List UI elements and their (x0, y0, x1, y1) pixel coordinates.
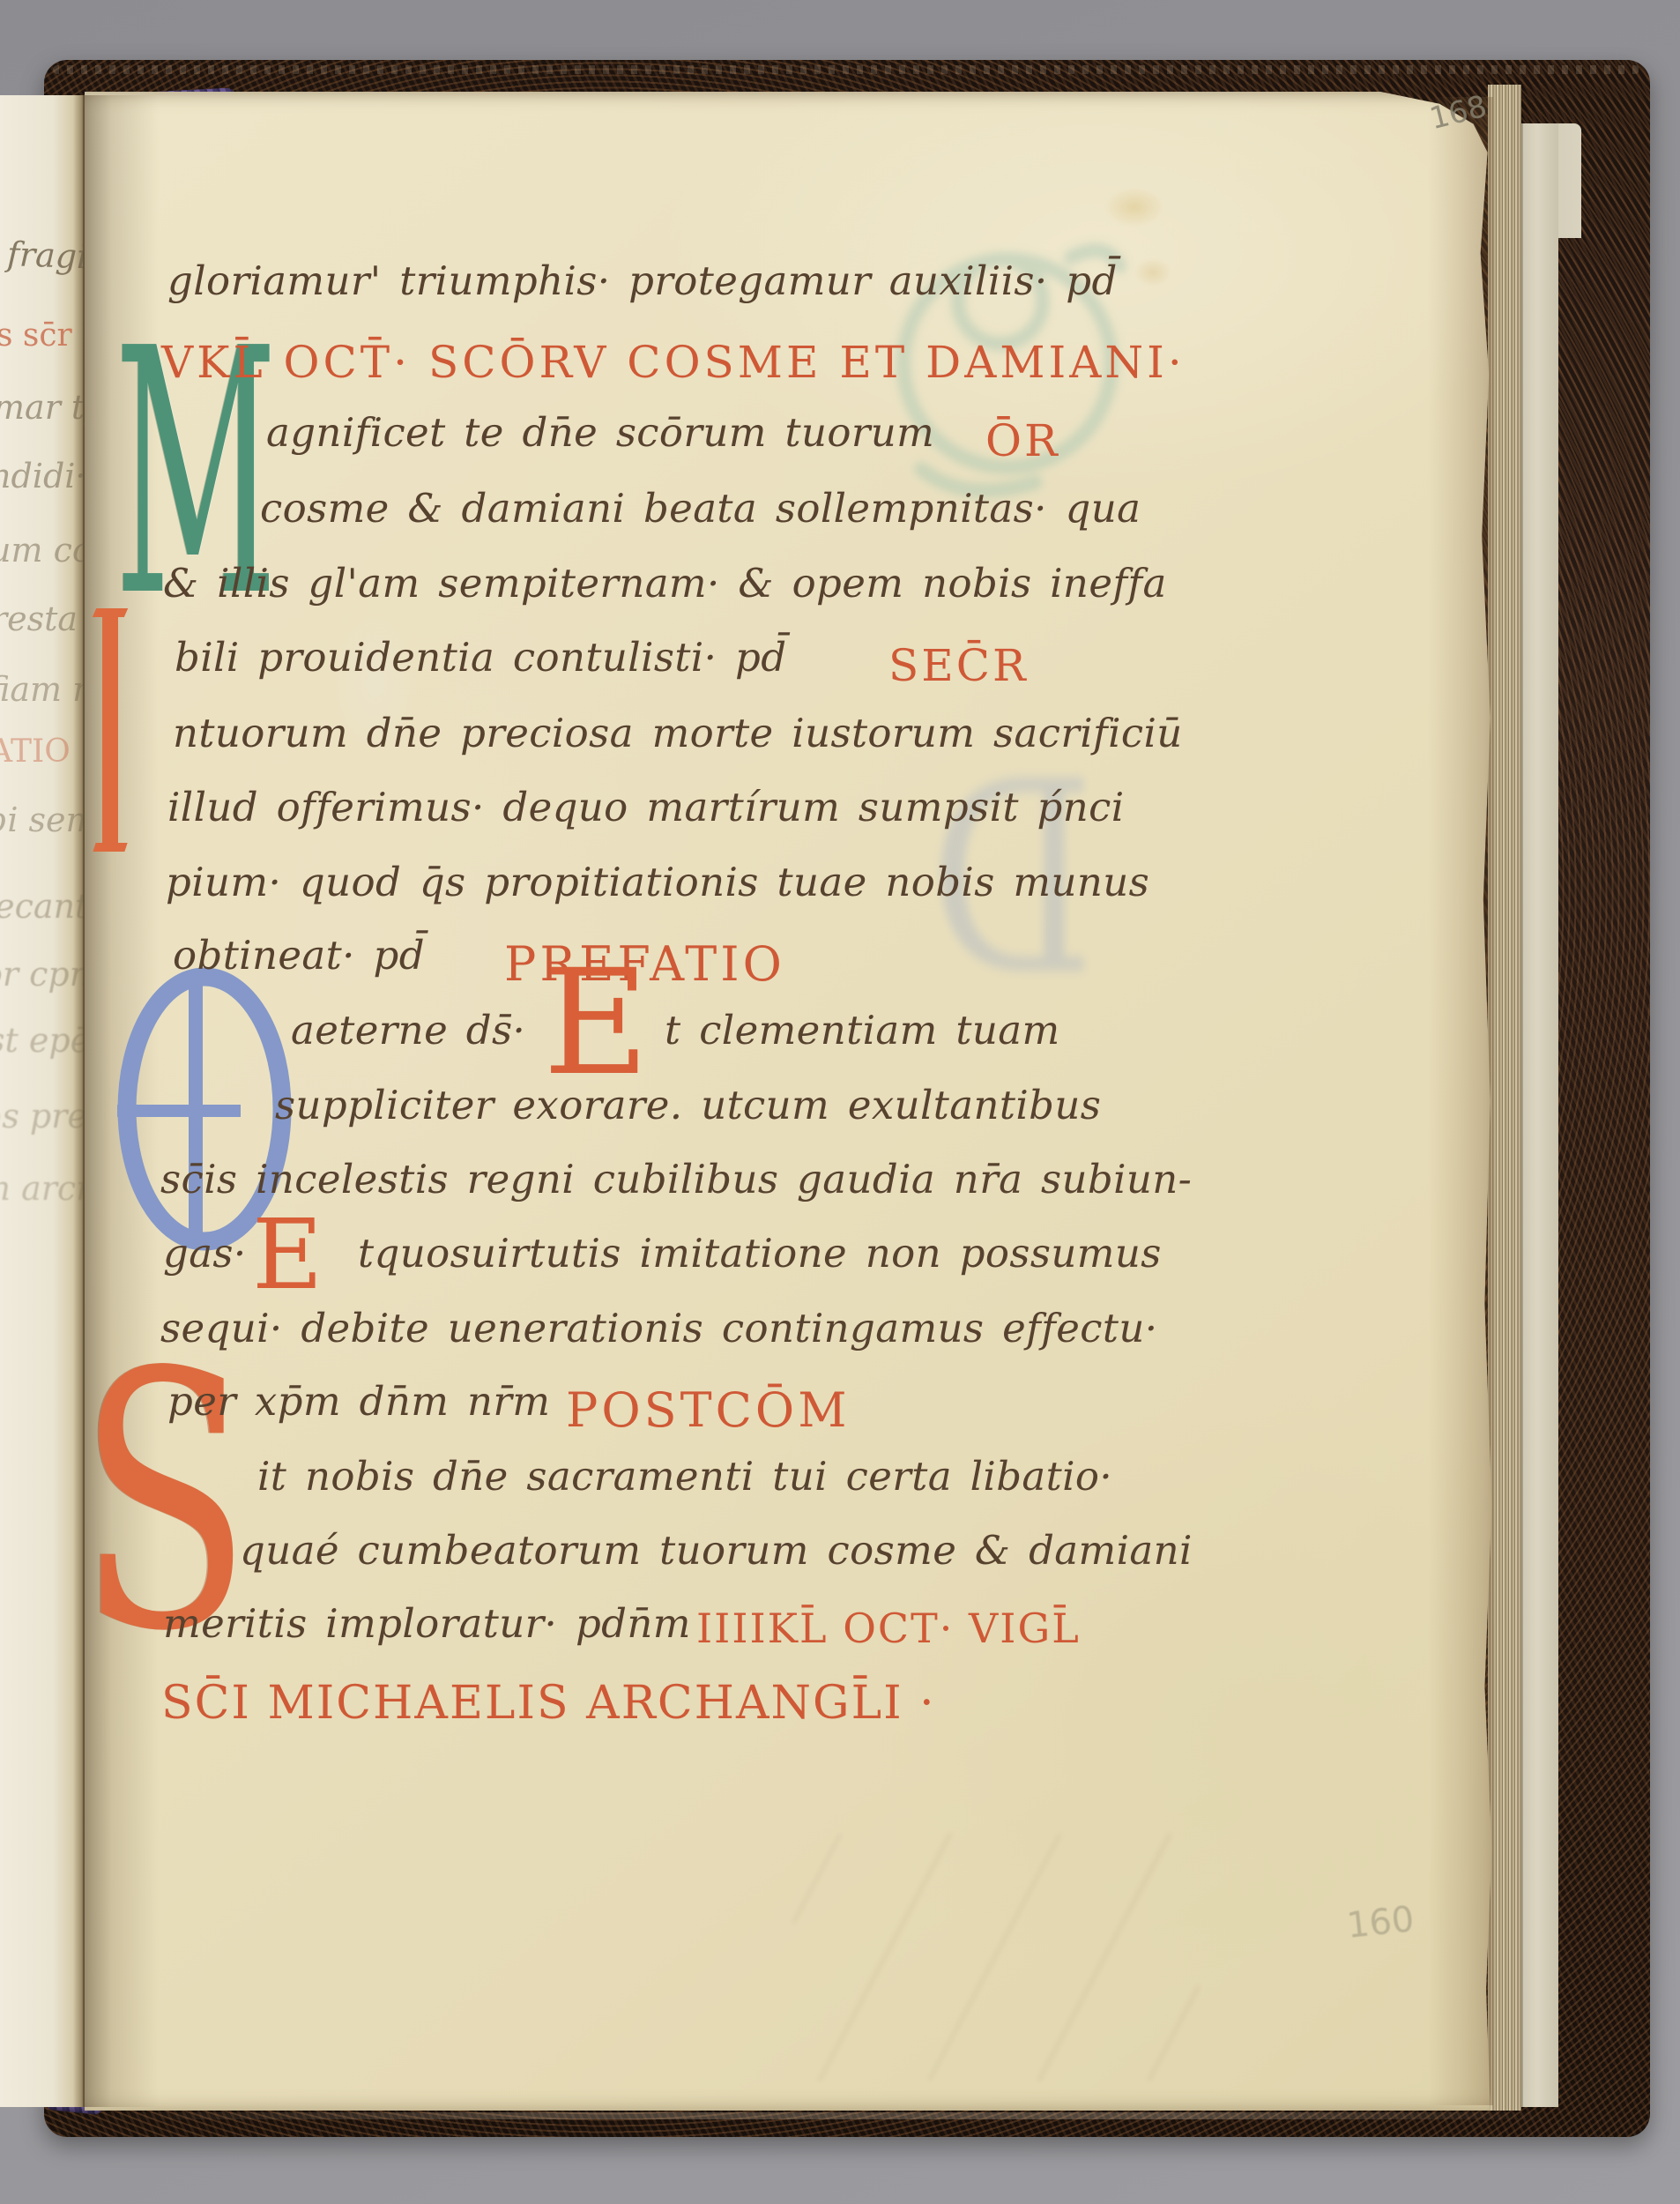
line-segment: quaé cumbeatorum tuorum cosme & damiani (240, 1527, 1193, 1574)
line-segment: bili prouidentia contulisti· pd̄ (175, 634, 786, 681)
text-line: illud offerimus· dequo martírum sumpsit … (167, 785, 1125, 830)
text-line: t clementiam tuam (665, 1008, 1060, 1054)
text-line: gloriamur' triumphis· protegamur auxilii… (167, 258, 1118, 304)
rubric-postcommunio-abbrev: POSTCŌM (566, 1382, 851, 1438)
text-line: suppliciter exorare. utcum exultantibus (275, 1083, 1101, 1128)
text-line: ntuorum dn̄e preciosa morte iustorum sac… (173, 711, 1183, 756)
line-segment: sc̄is incelestis regni cubilibus gaudia … (160, 1156, 1192, 1203)
text-line: it nobis dn̄e sacramenti tui certa libat… (257, 1454, 1112, 1500)
text-line: sequi· debite uenerationis contingamus e… (160, 1306, 1157, 1351)
text-line: obtineat· pd̄ (173, 933, 425, 979)
line-segment: illud offerimus· dequo martírum sumpsit … (167, 784, 1125, 830)
line-segment: sequi· debite uenerationis contingamus e… (160, 1305, 1157, 1351)
line-segment: aeterne ds̄· (291, 1007, 525, 1054)
text-line: & illis gl'am sempiternam· & opem nobis … (163, 561, 1167, 607)
photo-of-open-manuscript: fragis s sc̄r mar tÿri ndidi· uic um coi… (0, 0, 1680, 2204)
line-segment: & illis gl'am sempiternam· & opem nobis … (163, 560, 1167, 607)
line-segment: meritis imploratur· pdn̄m (163, 1600, 691, 1647)
line-segment: pium· quod q̄s propitiationis tuae nobis… (166, 859, 1149, 905)
page-edge-discoloration (1428, 97, 1493, 2105)
rubric-calendar-date: IIIIKL̄ OCT· VIGL̄ (696, 1605, 1081, 1652)
line-segment: t clementiam tuam (665, 1007, 1060, 1054)
facing-page-text-fragment: bs precios (0, 1097, 85, 1136)
rubric-oratio-abbrev: ŌR (985, 415, 1060, 466)
text-line: per xp̄m dn̄m nr̄m (167, 1379, 550, 1425)
parchment-stain (1134, 257, 1172, 287)
facing-page-text-fragment: um coiū (0, 531, 85, 570)
text-line: gas· (163, 1231, 247, 1277)
facing-page-text-fragment: resta ut p (0, 599, 85, 638)
facing-page-text-fragment: st epē (0, 1021, 85, 1060)
text-line: quaé cumbeatorum tuorum cosme & damiani (240, 1528, 1193, 1574)
line-segment: per xp̄m dn̄m nr̄m (167, 1378, 550, 1425)
text-line: pium· quod q̄s propitiationis tuae nobis… (166, 860, 1149, 905)
text-line: tquosuirtutis imitatione non possumus (358, 1231, 1162, 1277)
text-line: bili prouidentia contulisti· pd̄ (175, 635, 786, 681)
line-segment: tquosuirtutis imitatione non possumus (358, 1230, 1162, 1277)
line-segment: ntuorum dn̄e preciosa morte iustorum sac… (173, 710, 1183, 756)
line-segment: suppliciter exorare. utcum exultantibus (275, 1082, 1101, 1128)
facing-page-text-fragment: ndidi· uic (0, 457, 85, 495)
flyleaf-edge (1521, 123, 1558, 2107)
text-line: sc̄is incelestis regni cubilibus gaudia … (160, 1157, 1192, 1203)
rubric-heading-line: VKL̄ OCT̄· SCŌRV COSME ET DAMIANI· (161, 337, 1186, 388)
text-line: meritis imploratur· pdn̄m (163, 1601, 691, 1647)
binding-top-edge-highlight (53, 65, 1639, 74)
facing-page-text-fragment: or cpm d̄ (0, 955, 85, 994)
line-segment: agnificet te dn̄e scōrum tuorum (266, 409, 934, 456)
facing-page-rubric-fragment: ATIO (0, 733, 71, 770)
parchment-wrinkles (793, 1834, 1199, 2081)
facing-page-text-fragment: m arcrit (0, 1169, 85, 1208)
rubric-initial-e-large: E (543, 950, 649, 1096)
facing-page-rubric-fragment: s sc̄r (0, 317, 72, 354)
facing-page-text-fragment: bi semper (0, 800, 85, 839)
facing-page-text-fragment: lecantare (0, 887, 85, 926)
binding-bottom-edge-highlight (106, 2112, 1551, 2119)
line-segment: cosme & damiani beata sollempnitas· qua (260, 485, 1141, 532)
facing-page-text-fragment: mar tÿri (0, 388, 85, 427)
text-line: agnificet te dn̄e scōrum tuorum (266, 410, 934, 456)
rubric-secreta-abbrev: SEC̄R (888, 640, 1029, 691)
pencil-number-bottom: 160 (1345, 1899, 1416, 1947)
facing-page-text-fragment: fiam mer (0, 670, 85, 709)
rubric-initial-e-medium: E (252, 1206, 323, 1303)
line-segment: it nobis dn̄e sacramenti tui certa libat… (257, 1453, 1112, 1500)
text-line: cosme & damiani beata sollempnitas· qua (260, 486, 1141, 532)
line-segment: obtineat· pd̄ (173, 932, 425, 979)
initial-i-red (102, 610, 118, 850)
line-segment: gloriamur' triumphis· protegamur auxilii… (167, 257, 1118, 304)
line-segment: gas· (163, 1230, 247, 1277)
text-line: aeterne ds̄· (291, 1008, 525, 1054)
facing-page-text-fragment: fragis (6, 235, 85, 277)
facing-page-edge: fragis s sc̄r mar tÿri ndidi· uic um coi… (0, 95, 85, 2107)
rubric-heading-line: SC̄I MICHAELIS ARCHANGL̄I · (161, 1677, 936, 1730)
